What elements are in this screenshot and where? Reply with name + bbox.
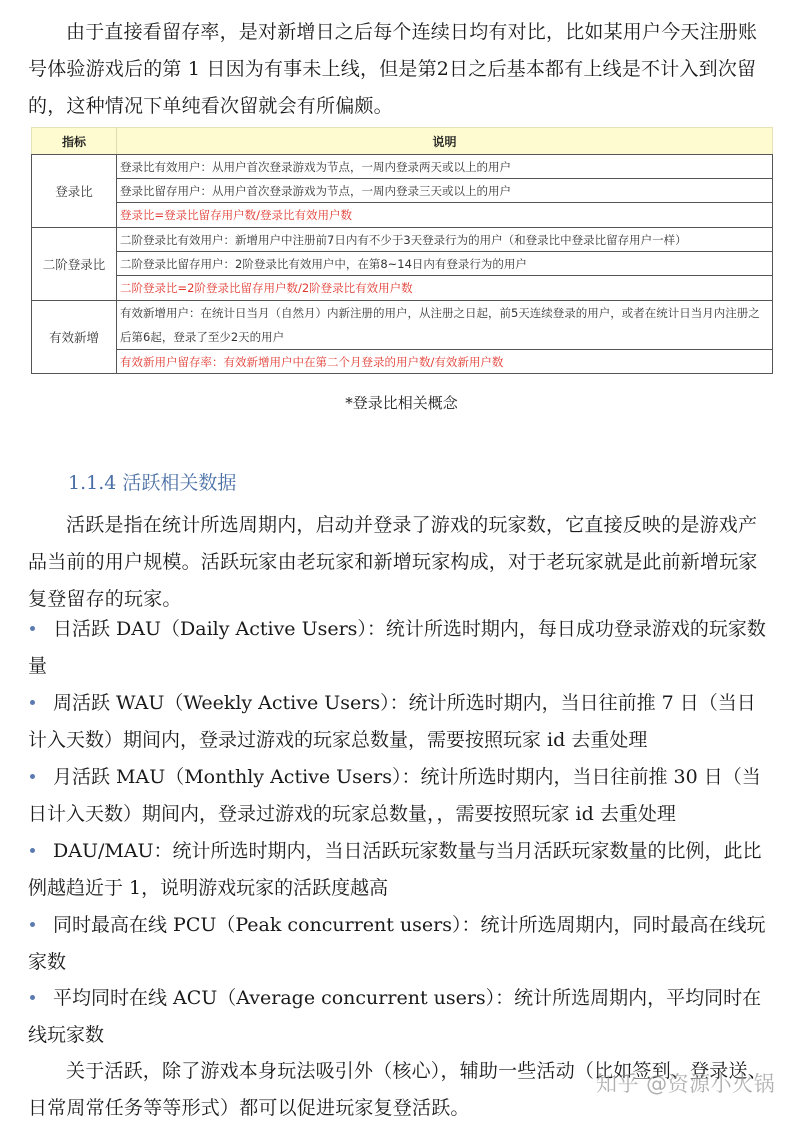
indicator-cell: 登录比 bbox=[32, 155, 117, 228]
bullet-icon bbox=[30, 774, 35, 779]
table-row: 二阶登录比留存用户：2阶登录比有效用户中，在第8~14日内有登录行为的用户 bbox=[32, 252, 773, 276]
watermark: 知乎 @资源小火锅 bbox=[596, 1068, 775, 1098]
list-item-text: 平均同时在线 ACU（Average concurrent users）：统计所… bbox=[28, 987, 761, 1046]
list-item-text: DAU/MAU：统计所选时期内，当日活跃玩家数量与当月活跃玩家数量的比例，此比例… bbox=[28, 840, 762, 899]
active-intro-paragraph: 活跃是指在统计所选周期内，启动并登录了游戏的玩家数，它直接反映的是游戏产品当前的… bbox=[28, 507, 773, 618]
table-caption: *登录比相关概念 bbox=[0, 392, 803, 413]
list-item: 月活跃 MAU（Monthly Active Users）：统计所选时期内，当日… bbox=[28, 759, 773, 833]
table-row: 登录比 登录比有效用户：从用户首次登录游戏为节点，一周内登录两天或以上的用户 bbox=[32, 155, 773, 179]
column-header-description: 说明 bbox=[117, 128, 773, 155]
description-cell: 有效新增用户：在统计日当月（自然月）内新注册的用户，从注册之日起，前5天连续登录… bbox=[117, 301, 773, 350]
login-ratio-table: 指标 说明 登录比 登录比有效用户：从用户首次登录游戏为节点，一周内登录两天或以… bbox=[31, 127, 773, 374]
description-cell: 登录比有效用户：从用户首次登录游戏为节点，一周内登录两天或以上的用户 bbox=[117, 155, 773, 179]
table-row: 二阶登录比 二阶登录比有效用户：新增用户中注册前7日内有不少于3天登录行为的用户… bbox=[32, 228, 773, 252]
table-row: 登录比留存用户：从用户首次登录游戏为节点，一周内登录三天或以上的用户 bbox=[32, 179, 773, 203]
list-item: 平均同时在线 ACU（Average concurrent users）：统计所… bbox=[28, 980, 773, 1054]
column-header-indicator: 指标 bbox=[32, 128, 117, 155]
list-item: 日活跃 DAU（Daily Active Users）：统计所选时期内，每日成功… bbox=[28, 611, 773, 685]
table-header-row: 指标 说明 bbox=[32, 128, 773, 155]
formula-cell: 登录比=登录比留存用户数/登录比有效用户数 bbox=[117, 203, 773, 228]
formula-cell: 二阶登录比=2阶登录比留存用户数/2阶登录比有效用户数 bbox=[117, 276, 773, 301]
description-cell: 二阶登录比留存用户：2阶登录比有效用户中，在第8~14日内有登录行为的用户 bbox=[117, 252, 773, 276]
intro-paragraph: 由于直接看留存率，是对新增日之后每个连续日均有对比，比如某用户今天注册账号体验游… bbox=[28, 14, 773, 125]
list-item: 周活跃 WAU（Weekly Active Users）：统计所选时期内，当日往… bbox=[28, 685, 773, 759]
bullet-icon bbox=[30, 700, 35, 705]
list-item-text: 周活跃 WAU（Weekly Active Users）：统计所选时期内，当日往… bbox=[28, 692, 756, 751]
bullet-icon bbox=[30, 922, 35, 927]
description-cell: 登录比留存用户：从用户首次登录游戏为节点，一周内登录三天或以上的用户 bbox=[117, 179, 773, 203]
list-item-text: 同时最高在线 PCU（Peak concurrent users）：统计所选周期… bbox=[28, 914, 766, 973]
table-row: 登录比=登录比留存用户数/登录比有效用户数 bbox=[32, 203, 773, 228]
table-row: 二阶登录比=2阶登录比留存用户数/2阶登录比有效用户数 bbox=[32, 276, 773, 301]
section-heading: 1.1.4 活跃相关数据 bbox=[68, 468, 236, 495]
list-item: 同时最高在线 PCU（Peak concurrent users）：统计所选周期… bbox=[28, 907, 773, 981]
bullet-icon bbox=[30, 995, 35, 1000]
table-row: 有效新用户留存率：有效新增用户中在第二个月登录的用户数/有效新用户数 bbox=[32, 350, 773, 374]
description-cell: 二阶登录比有效用户：新增用户中注册前7日内有不少于3天登录行为的用户（和登录比中… bbox=[117, 228, 773, 252]
bullet-icon bbox=[30, 626, 35, 631]
indicator-cell: 有效新增 bbox=[32, 301, 117, 374]
list-item-text: 月活跃 MAU（Monthly Active Users）：统计所选时期内，当日… bbox=[28, 766, 761, 825]
list-item-text: 日活跃 DAU（Daily Active Users）：统计所选时期内，每日成功… bbox=[28, 618, 766, 677]
list-item: DAU/MAU：统计所选时期内，当日活跃玩家数量与当月活跃玩家数量的比例，此比例… bbox=[28, 833, 773, 907]
indicator-cell: 二阶登录比 bbox=[32, 228, 117, 301]
formula-cell: 有效新用户留存率：有效新增用户中在第二个月登录的用户数/有效新用户数 bbox=[117, 350, 773, 374]
bullet-icon bbox=[30, 848, 35, 853]
table-row: 有效新增 有效新增用户：在统计日当月（自然月）内新注册的用户，从注册之日起，前5… bbox=[32, 301, 773, 350]
